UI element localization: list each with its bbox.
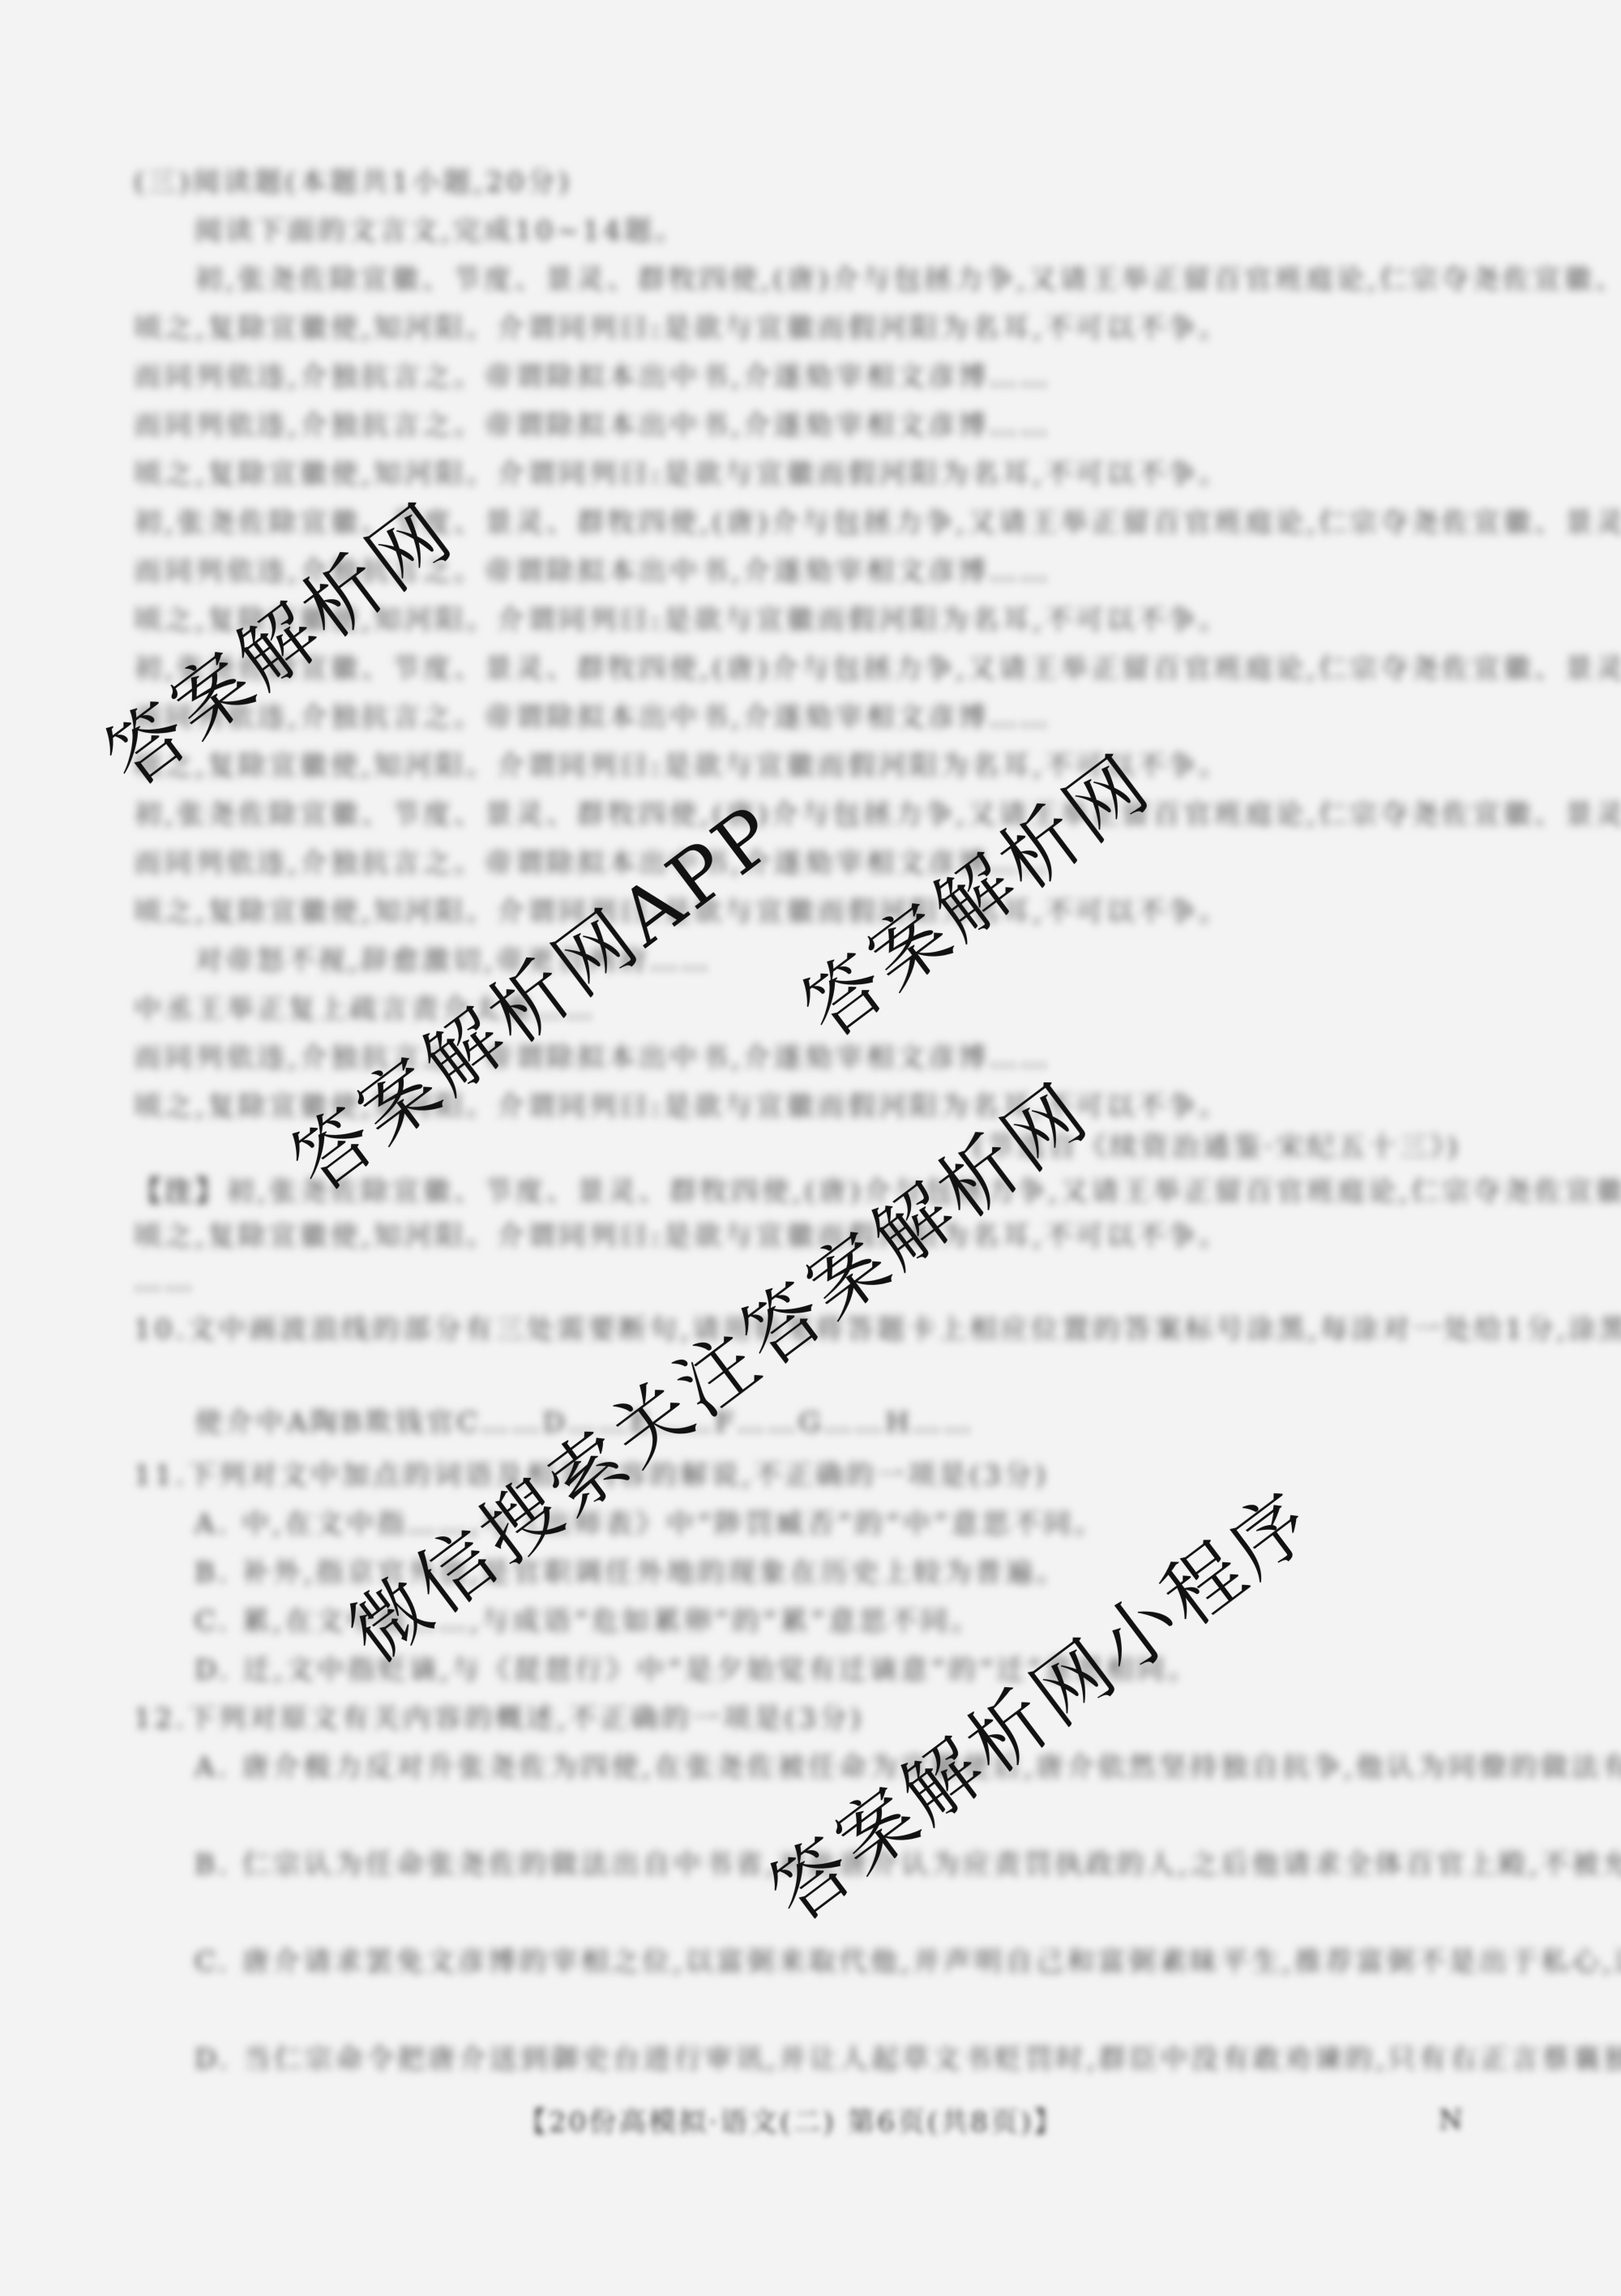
section-title: (三)阅读题(本题共1小题,20分) xyxy=(134,166,572,199)
paragraph: 顷之,复除宣徽使,知河阳。介谓同列曰:是欲与宣徽而假河阳为名耳,不可以不争。 xyxy=(134,458,1230,490)
option-b: B. 补外,指京官外放,是官职调任外地的现象在历史上较为普遍。 xyxy=(195,1557,1067,1589)
paragraph: 初,张尧佐除宣徽、节度、景灵、群牧四使,(唐)介与包拯力争,又请王举正留百官班庭… xyxy=(195,263,1621,296)
note-text: 顷之,复除宣徽使,知河阳。介谓同列曰:是欲与宣徽而假河阳为名耳,不可以不争。 xyxy=(134,1220,1230,1253)
option-a: A. 中,在文中指……,与《出师表》中“陟罚臧否”的“中”意思不同。 xyxy=(195,1508,1105,1540)
paragraph: 而同列依违,介独抗言之。帝谓除拟本出中书,介遂劾宰相文彦博…… xyxy=(134,361,1051,393)
note-text: …… xyxy=(134,1265,195,1297)
document-page: (三)阅读题(本题共1小题,20分) 阅读下面的文言文,完成10~14题。 初,… xyxy=(0,0,1621,2296)
option-c: C. 唐介请求罢免文彦博的宰相之位,以富弼来取代他,并声明自己和富弼素昧平生,推… xyxy=(195,1946,1621,1978)
paragraph: 而同列依违,介独抗言之。帝谓除拟本出中书,介遂劾宰相文彦博…… xyxy=(134,409,1051,442)
instruction: 阅读下面的文言文,完成10~14题。 xyxy=(195,215,686,247)
note-label: 【注】 xyxy=(134,1176,226,1208)
question-12: 12.下列对原文有关内容的概述,不正确的一项是(3分) xyxy=(134,1703,864,1735)
paragraph: 初,张尧佐除宣徽、节度、景灵、群牧四使,(唐)介与包拯力争,又请王举正留百官班庭… xyxy=(134,653,1621,685)
page-footer: 【20份高模拟·语文(二) 第6页(共8页)】 xyxy=(519,2100,1063,2140)
option-d: D. 当仁宗命令把唐介送到御史台进行审讯,并让人起草文书贬罚时,群臣中没有敢劝谏… xyxy=(195,2043,1621,2075)
paragraph: 初,张尧佐除宣徽、节度、景灵、群牧四使,(唐)介与包拯力争,又请王举正留百官班庭… xyxy=(134,799,1621,831)
paragraph: 而同列依违,介独抗言之。帝谓除拟本出中书,介遂劾宰相文彦博…… xyxy=(134,1042,1051,1074)
option-c: C. 累,在文中指……,与成语“危如累卵”的“累”意思不同。 xyxy=(195,1605,982,1638)
paragraph: 顷之,复除宣徽使,知河阳。介谓同列曰:是欲与宣徽而假河阳为名耳,不可以不争。 xyxy=(134,312,1230,345)
question-10: 10.文中画波浪线的部分有三处需要断句,请用铅笔将答题卡上相应位置的答案标号涂黑… xyxy=(134,1313,1621,1346)
page-mark: N xyxy=(1439,2104,1463,2136)
